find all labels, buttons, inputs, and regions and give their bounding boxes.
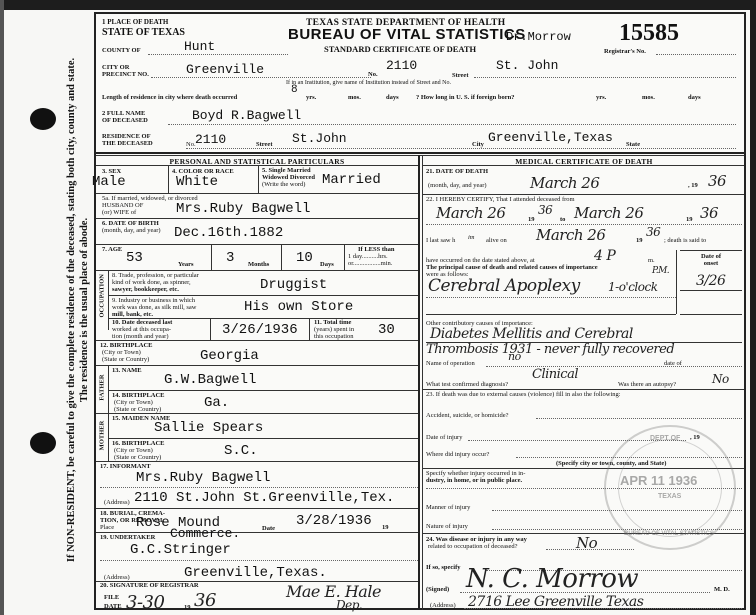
residence-length-label: Length of residence in city where death … bbox=[102, 94, 237, 101]
age-years: 53 bbox=[126, 252, 143, 265]
q24-label-2: related to occupation of deceased? bbox=[428, 543, 518, 550]
injury-date-label: Date of injury bbox=[426, 434, 462, 441]
father-birthplace-label-2: (City or Town) bbox=[114, 399, 153, 406]
days-label: days bbox=[386, 94, 399, 101]
stamp-ring-top: DEPT OF bbox=[650, 435, 680, 442]
totaltime-label-3: this occupation bbox=[314, 333, 354, 340]
city-label-1: CITY OR bbox=[102, 64, 129, 71]
registration-stamp: DEPT OF APR 11 1936 TEXAS BUREAU OF VITA… bbox=[604, 425, 736, 550]
totaltime-value: 30 bbox=[378, 324, 395, 337]
birthplace-label-1: 12. BIRTHPLACE bbox=[100, 342, 153, 349]
undertaker-name: G.C.Stringer bbox=[130, 544, 231, 557]
mos-label: mos. bbox=[348, 94, 361, 101]
industry-label-3: mill, bank, etc. bbox=[112, 311, 153, 318]
stamp-ring-bottom: BUREAU OF VITAL STATISTICS bbox=[624, 531, 714, 537]
place-of-death-label: 1 PLACE OF DEATH bbox=[102, 19, 168, 26]
certificate-type: STANDARD CERTIFICATE OF DEATH bbox=[324, 44, 476, 54]
dod-value: March 26 bbox=[530, 174, 599, 192]
undertaker-city: Commerce. bbox=[170, 527, 240, 540]
lastsaw-date: March 26 bbox=[536, 226, 605, 244]
less-label-2: 1 day..........hrs. bbox=[348, 253, 388, 260]
scan-border-right bbox=[750, 0, 756, 615]
attend-19a: 19 bbox=[528, 216, 535, 223]
test-value: Clinical bbox=[532, 367, 578, 382]
mother-birthplace-label-1: 16. BIRTHPLACE bbox=[112, 440, 165, 447]
lastwork-label-2: worked at this occupa- bbox=[112, 326, 171, 333]
informant-address-label: (Address) bbox=[104, 499, 130, 506]
cause-pm: P.M. bbox=[652, 266, 669, 276]
foreign-days-label: days bbox=[688, 94, 701, 101]
test-label: What test confirmed diagnosis? bbox=[426, 381, 508, 388]
alive-label: alive on bbox=[486, 237, 507, 244]
scan-border-top bbox=[0, 0, 756, 10]
punch-hole-icon bbox=[30, 432, 56, 454]
certificate-page: If NON-RESIDENT, be careful to give the … bbox=[0, 0, 756, 615]
residence-number: 2110 bbox=[195, 133, 226, 146]
injury-where-label: Where did injury occur? bbox=[426, 451, 489, 458]
full-name-label-2: OF DECEASED bbox=[102, 117, 148, 124]
mother-birthplace-label-3: (State or Country) bbox=[114, 454, 161, 461]
marital-label-1: 5. Single Married bbox=[262, 167, 311, 174]
lastsaw-him: im bbox=[468, 234, 475, 241]
death-time: 4 P bbox=[594, 248, 615, 264]
state-label: STATE OF TEXAS bbox=[102, 27, 185, 38]
birthplace-label-2: (City or Town) bbox=[102, 349, 141, 356]
street-label: Street bbox=[452, 72, 468, 79]
informant-address: 2110 St.John St.Greenville,Tex. bbox=[134, 492, 394, 505]
lastwork-value: 3/26/1936 bbox=[222, 324, 298, 337]
years-label: Years bbox=[178, 261, 194, 268]
marital-value: Married bbox=[322, 174, 381, 187]
dob-label-1: 6. DATE OF BIRTH bbox=[102, 220, 159, 227]
trade-label-3: sawyer, bookkeeper, etc. bbox=[112, 286, 179, 293]
dod-label-1: 21. DATE OF DEATH bbox=[426, 168, 488, 175]
trade-label-1: 8. Trade, profession, or particular bbox=[112, 272, 199, 279]
trade-value: Druggist bbox=[260, 279, 327, 292]
industry-question-2: dustry, in home, or in public place. bbox=[426, 477, 522, 484]
trade-label-2: kind of work done, as spinner, bbox=[112, 279, 191, 286]
attend-to-label: to bbox=[560, 216, 565, 223]
residence-label-1: RESIDENCE OF bbox=[102, 133, 151, 140]
occupation-vertical-label: OCCUPATION bbox=[99, 278, 106, 318]
residence-city-label: City bbox=[472, 141, 484, 148]
city-label-2: PRECINCT NO. bbox=[102, 71, 149, 78]
birthplace-value: Georgia bbox=[200, 350, 259, 363]
industry-label-2: work was done, as silk mill, saw bbox=[112, 304, 197, 311]
county-value: Hunt bbox=[184, 40, 215, 53]
dod-label-2: (month, day, and year) bbox=[428, 182, 487, 189]
nature-label: Nature of injury bbox=[426, 523, 468, 530]
registrar-number-label: Registrar's No. bbox=[604, 48, 646, 55]
less-label-1: If LESS than bbox=[358, 246, 395, 253]
accident-label: Accident, suicide, or homicide? bbox=[426, 412, 509, 419]
foreign-born-label: ? How long in U. S. if foreign born? bbox=[416, 94, 514, 101]
industry-question-1: Specify whether injury occurred in in- bbox=[426, 470, 525, 477]
lastsaw-year: 36 bbox=[646, 225, 660, 239]
father-birthplace-label-3: (State or Country) bbox=[114, 406, 161, 413]
dob-value: Dec.16th.1882 bbox=[174, 227, 283, 240]
onset-value: 3/26 bbox=[696, 273, 725, 289]
dod-year: 36 bbox=[708, 172, 726, 190]
burial-place-label: Place bbox=[100, 524, 114, 531]
onset-label-1: Date of bbox=[680, 253, 742, 260]
file-label: FILE bbox=[104, 594, 119, 601]
md-label: M. D. bbox=[714, 586, 730, 593]
date-label: DATE bbox=[104, 603, 122, 610]
stamp-date: APR 11 1936 bbox=[620, 473, 697, 488]
undertaker-address-label: (Address) bbox=[104, 574, 130, 581]
full-name-label-1: 2 FULL NAME bbox=[102, 110, 145, 117]
file-date: 3-30 bbox=[126, 592, 164, 613]
registrar-signature: Mae E. Hale bbox=[286, 582, 381, 601]
physician-signature: N. C. Morrow bbox=[466, 564, 638, 594]
industry-value: His own Store bbox=[244, 301, 353, 314]
residence-city: Greenville,Texas bbox=[488, 131, 613, 144]
spouse-label-3: (or) WIFE of bbox=[102, 209, 136, 216]
age-months: 3 bbox=[226, 252, 234, 265]
side-instruction-line1: If NON-RESIDENT, be careful to give the … bbox=[65, 58, 78, 562]
stamp-state: TEXAS bbox=[658, 493, 681, 500]
punch-hole-icon bbox=[30, 108, 56, 130]
cause-value: Cerebral Apoplexy bbox=[428, 276, 580, 296]
file-19: 19 bbox=[184, 604, 191, 611]
signed-label: (Signed) bbox=[426, 586, 449, 593]
institution-note: If in an Institution, give name of Insti… bbox=[286, 80, 451, 87]
mother-name: Sallie Spears bbox=[154, 422, 263, 435]
foreign-yrs-label: yrs. bbox=[596, 94, 606, 101]
m-label: m. bbox=[648, 257, 655, 264]
county-label: COUNTY OF bbox=[102, 47, 141, 54]
manner-label: Manner of injury bbox=[426, 504, 470, 511]
death-said-label: ; death is said to bbox=[664, 237, 706, 244]
cause-time: 1-o'clock bbox=[608, 280, 658, 294]
q24-label-1: 24. Was disease or injury in any way bbox=[426, 536, 527, 543]
father-name-label: 13. NAME bbox=[112, 367, 142, 374]
industry-label-1: 9. Industry or business in which bbox=[112, 297, 195, 304]
totaltime-label-1: 11. Total time bbox=[314, 319, 351, 326]
father-birthplace-label-1: 14. BIRTHPLACE bbox=[112, 392, 165, 399]
contrib-line-2: Thrombosis 1931 - never fully recovered bbox=[426, 342, 674, 357]
scan-border-left bbox=[0, 0, 4, 615]
registrar-signature-label: 20. SIGNATURE OF REGISTRAR bbox=[100, 582, 199, 589]
operation-label: Name of operation bbox=[426, 360, 475, 367]
burial-date: 3/28/1936 bbox=[296, 515, 372, 528]
days-label: Days bbox=[320, 261, 334, 268]
undertaker-address: Greenville,Texas. bbox=[184, 567, 327, 580]
number-label: No. bbox=[368, 71, 378, 78]
marital-label-2: Widowed Divorced bbox=[262, 174, 315, 181]
registrar-signature-deputy: Dep. bbox=[336, 598, 362, 612]
lastsaw-19: 19 bbox=[636, 237, 643, 244]
physician-note: Dr.Morrow bbox=[506, 31, 571, 44]
months-label: Months bbox=[248, 261, 269, 268]
age-days: 10 bbox=[296, 252, 313, 265]
father-name: G.W.Bagwell bbox=[164, 374, 256, 387]
attend-to: March 26 bbox=[574, 204, 643, 222]
attend-from-year: 36 bbox=[538, 203, 552, 217]
informant-label: 17. INFORMANT bbox=[100, 463, 151, 470]
attend-from: March 26 bbox=[436, 204, 505, 222]
mother-vertical-label: MOTHER bbox=[99, 420, 106, 452]
city-value: Greenville bbox=[186, 63, 264, 76]
certify-label: 22. I HEREBY CERTIFY, That I attended de… bbox=[426, 196, 575, 203]
dob-label-2: (month, day, and year) bbox=[102, 227, 161, 234]
residence-street-label: Street bbox=[256, 141, 272, 148]
father-vertical-label: FATHER bbox=[99, 372, 106, 404]
spouse-label-2: HUSBAND of bbox=[102, 202, 143, 209]
bureau-title: BUREAU OF VITAL STATISTICS bbox=[288, 26, 526, 43]
file-year: 36 bbox=[194, 590, 216, 611]
place-street: St. John bbox=[496, 59, 558, 72]
sex-value: Male bbox=[92, 176, 126, 189]
autopsy-label: Was there an autopsy? bbox=[618, 381, 676, 388]
mother-birthplace-label-2: (City or Town) bbox=[114, 447, 153, 454]
less-label-3: or.................min. bbox=[348, 260, 392, 267]
yrs-label: yrs. bbox=[306, 94, 316, 101]
spouse-value: Mrs.Ruby Bagwell bbox=[176, 203, 310, 216]
informant-name: Mrs.Ruby Bagwell bbox=[136, 472, 270, 485]
father-birthplace: Ga. bbox=[204, 397, 229, 410]
burial-19: 19 bbox=[382, 524, 389, 531]
side-instruction: If NON-RESIDENT, be careful to give the … bbox=[64, 10, 92, 610]
if-so-label: If so, specify bbox=[426, 564, 460, 571]
foreign-mos-label: mos. bbox=[642, 94, 655, 101]
cause-label-1: The principal cause of death and related… bbox=[426, 264, 598, 271]
external-causes-label: 23. If death was due to external causes … bbox=[426, 391, 621, 398]
autopsy-value: No bbox=[712, 372, 729, 386]
operation-value: no bbox=[508, 350, 521, 363]
burial-date-label: Date bbox=[262, 525, 275, 532]
dod-19: , 19 bbox=[688, 182, 698, 189]
undertaker-label: 19. UNDERTAKER bbox=[100, 534, 155, 541]
marital-label-3: (Write the word) bbox=[262, 181, 305, 188]
attend-to-year: 36 bbox=[700, 204, 718, 222]
birthplace-label-3: (State or Country) bbox=[102, 356, 149, 363]
deceased-name: Boyd R.Bagwell bbox=[192, 109, 301, 122]
side-instruction-line2: The residence is the usual place of abod… bbox=[78, 58, 91, 562]
residence-years: 8 bbox=[291, 84, 298, 97]
contrib-line-1: Diabetes Mellitis and Cerebral bbox=[430, 326, 633, 342]
physician-address-label: (Address) bbox=[430, 602, 456, 609]
occurred-label: have occurred on the date stated above, … bbox=[426, 257, 535, 264]
race-value: White bbox=[176, 176, 218, 189]
onset-label-2: onset bbox=[680, 260, 742, 267]
totaltime-label-2: (years) spent in bbox=[314, 326, 354, 333]
lastwork-label-3: tion (month and year) bbox=[112, 333, 169, 340]
residence-street: St.John bbox=[292, 132, 347, 145]
lastsaw-label: I last saw h bbox=[426, 237, 455, 244]
residence-state-label: State bbox=[626, 141, 640, 148]
attend-19b: 19 bbox=[686, 216, 693, 223]
mother-birthplace: S.C. bbox=[224, 445, 258, 458]
age-label: 7. AGE bbox=[102, 246, 122, 253]
certificate-number: 15585 bbox=[619, 20, 679, 47]
lastwork-label-1: 10. Date deceased last bbox=[112, 319, 172, 326]
place-number: 2110 bbox=[386, 59, 417, 72]
residence-label-2: THE DECEASED bbox=[102, 140, 153, 147]
